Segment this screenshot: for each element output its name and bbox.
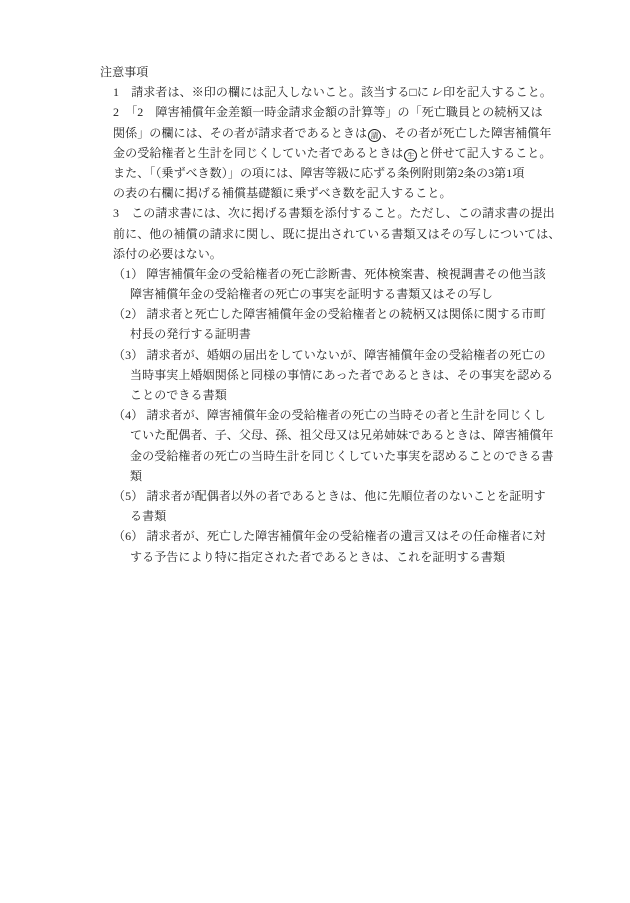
text-segment: 障害補償年金の受給権者の死亡の事実を証明する書類又はその写し xyxy=(130,287,493,301)
check-mark-glyph: レ xyxy=(429,85,443,99)
text-segment: また、「（乗ずべき数）」の項には、障害等級に応ずる条例附則第2条の3第1項 xyxy=(113,166,524,180)
text-segment: 添付の必要はない。 xyxy=(113,247,222,261)
notes-body: 1 請求者は、※印の欄には記入しないこと。該当する□にレ印を記入すること。2 「… xyxy=(100,82,560,567)
text-line: 前に、他の補償の請求に関し、既に提出されている書類又はその写しについては、 xyxy=(113,224,560,244)
text-segment: 当時事実上婚姻関係と同様の事情にあった者であるときは、その事実を認める xyxy=(130,368,553,382)
text-line: る書類 xyxy=(130,506,560,526)
text-line: また、「（乗ずべき数）」の項には、障害等級に応ずる条例附則第2条の3第1項 xyxy=(113,163,560,183)
text-line: （3） 請求者が、婚姻の届出をしていないが、障害補償年金の受給権者の死亡の xyxy=(113,345,560,365)
text-line: （4） 請求者が、障害補償年金の受給権者の死亡の当時その者と生計を同じくし xyxy=(113,405,560,425)
text-segment: 2 「2 障害補償年金差額一時金請求金額の計算等」の「死亡職員との続柄又は xyxy=(113,105,543,119)
notes-heading: 注意事項 xyxy=(100,62,560,82)
text-line: 類 xyxy=(130,466,560,486)
text-line: （6） 請求者が、死亡した障害補償年金の受給権者の遺言又はその任命権者に対 xyxy=(113,526,560,546)
text-segment: 類 xyxy=(130,469,142,483)
text-segment: と併せて記入すること。 xyxy=(418,146,551,160)
text-line: 2 「2 障害補償年金差額一時金請求金額の計算等」の「死亡職員との続柄又は xyxy=(113,102,560,122)
text-line: 添付の必要はない。 xyxy=(113,244,560,264)
text-segment: （2） 請求者と死亡した障害補償年金の受給権者との続柄又は関係に関する市町 xyxy=(113,307,546,321)
text-line: ことのできる書類 xyxy=(130,385,560,405)
text-segment: 金の受給権者と生計を同じくしていた者であるときは xyxy=(113,146,403,160)
text-segment: （1） 障害補償年金の受給権者の死亡診断書、死体検案書、検視調書その他当該 xyxy=(113,267,546,281)
text-segment: る書類 xyxy=(130,509,166,523)
text-segment: （5） 請求者が配偶者以外の者であるときは、他に先順位者のないことを証明す xyxy=(113,489,546,503)
text-segment: 1 請求者は、※印の欄には記入しないこと。該当する□に xyxy=(113,85,429,99)
text-segment: ていた配偶者、子、父母、孫、祖父母又は兄弟姉妹であるときは、障害補償年 xyxy=(130,428,554,442)
text-segment: 印を記入すること。 xyxy=(443,85,552,99)
text-segment: する予告により特に指定された者であるときは、これを証明する書類 xyxy=(130,550,505,564)
circled-char: 生 xyxy=(404,149,417,162)
text-line: （2） 請求者と死亡した障害補償年金の受給権者との続柄又は関係に関する市町 xyxy=(113,304,560,324)
circled-char: 請 xyxy=(368,129,381,142)
text-line: 関係」の欄には、その者が請求者であるときは請、その者が死亡した障害補償年 xyxy=(113,123,560,143)
text-segment: 、その者が死亡した障害補償年 xyxy=(382,126,551,140)
text-line: 障害補償年金の受給権者の死亡の事実を証明する書類又はその写し xyxy=(130,284,560,304)
text-line: ていた配偶者、子、父母、孫、祖父母又は兄弟姉妹であるときは、障害補償年 xyxy=(130,425,560,445)
text-segment: 金の受給権者の死亡の当時生計を同じくしていた事実を認めることのできる書 xyxy=(130,449,554,463)
text-segment: （4） 請求者が、障害補償年金の受給権者の死亡の当時その者と生計を同じくし xyxy=(113,408,546,422)
text-segment: 前に、他の補償の請求に関し、既に提出されている書類又はその写しについては、 xyxy=(113,227,560,241)
text-line: する予告により特に指定された者であるときは、これを証明する書類 xyxy=(130,547,560,567)
text-line: （5） 請求者が配偶者以外の者であるときは、他に先順位者のないことを証明す xyxy=(113,486,560,506)
text-segment: の表の右欄に掲げる補償基礎額に乗ずべき数を記入すること。 xyxy=(113,186,452,200)
text-line: 当時事実上婚姻関係と同様の事情にあった者であるときは、その事実を認める xyxy=(130,365,560,385)
text-line: 金の受給権者と生計を同じくしていた者であるときは生と併せて記入すること。 xyxy=(113,143,560,163)
text-segment: 村長の発行する証明書 xyxy=(130,327,251,341)
text-line: 1 請求者は、※印の欄には記入しないこと。該当する□にレ印を記入すること。 xyxy=(113,82,560,102)
document-page: 注意事項 1 請求者は、※印の欄には記入しないこと。該当する□にレ印を記入するこ… xyxy=(0,0,630,903)
text-segment: 3 この請求書には、次に掲げる書類を添付すること。ただし、この請求書の提出 xyxy=(113,206,555,220)
text-segment: ことのできる書類 xyxy=(130,388,227,402)
text-segment: （3） 請求者が、婚姻の届出をしていないが、障害補償年金の受給権者の死亡の xyxy=(113,348,546,362)
text-line: 村長の発行する証明書 xyxy=(130,324,560,344)
text-line: 金の受給権者の死亡の当時生計を同じくしていた事実を認めることのできる書 xyxy=(130,446,560,466)
text-line: （1） 障害補償年金の受給権者の死亡診断書、死体検案書、検視調書その他当該 xyxy=(113,264,560,284)
text-line: の表の右欄に掲げる補償基礎額に乗ずべき数を記入すること。 xyxy=(113,183,560,203)
text-segment: （6） 請求者が、死亡した障害補償年金の受給権者の遺言又はその任命権者に対 xyxy=(113,529,546,543)
notes-section: 注意事項 1 請求者は、※印の欄には記入しないこと。該当する□にレ印を記入するこ… xyxy=(100,62,560,567)
text-line: 3 この請求書には、次に掲げる書類を添付すること。ただし、この請求書の提出 xyxy=(113,203,560,223)
text-segment: 関係」の欄には、その者が請求者であるときは xyxy=(113,126,367,140)
